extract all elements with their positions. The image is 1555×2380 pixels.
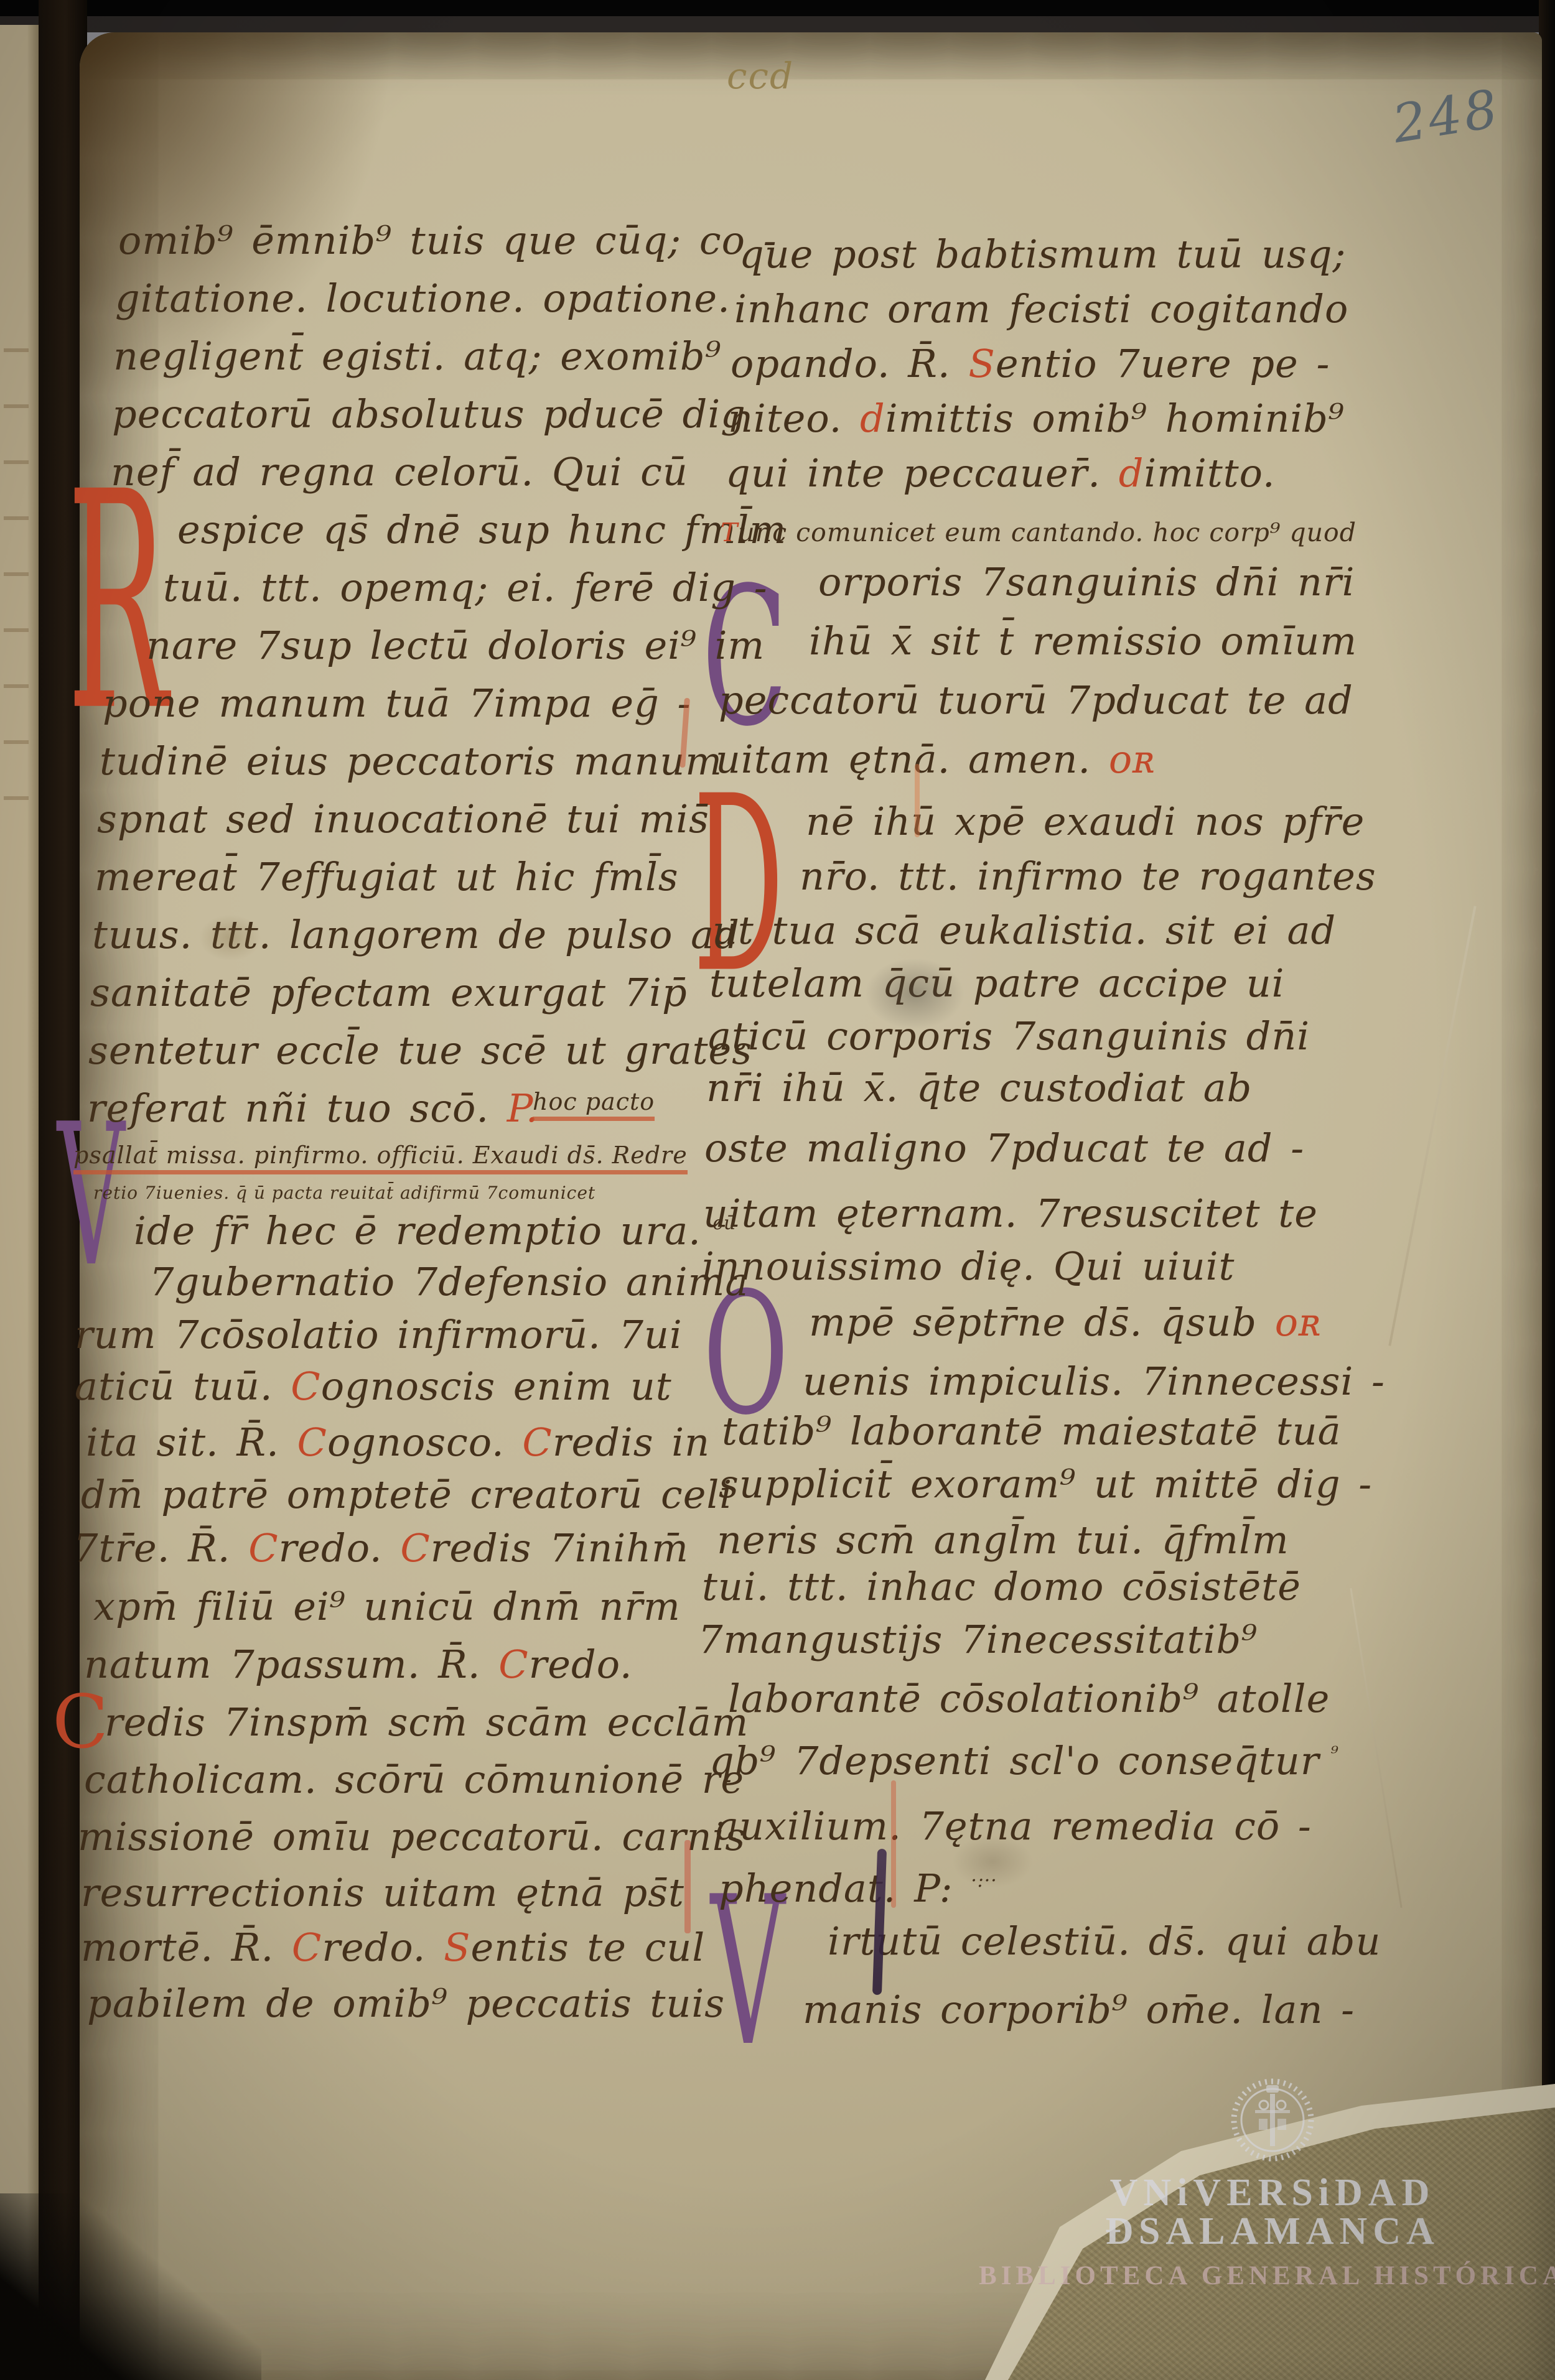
text-line: nare 7sup lectū doloris ei⁹ im (146, 626, 765, 665)
text-segment: retio 7iuenies. q̄ ū pacta reuitat̄ adif… (93, 1183, 595, 1203)
text-line: auxilium. 7ętna remedia cō - (716, 1807, 1312, 1846)
text-segment: 7gubernatio 7defensio anima (149, 1259, 749, 1304)
text-line: catholicam. scōrū cōmunionē re (84, 1760, 744, 1799)
text-segment: psallat̄ missa. pinfirmo. officiū. Exaud… (73, 1141, 688, 1169)
text-line: tuus. ttt. langorem de pulso ad (92, 916, 740, 954)
text-segment: laborantē cōsolationib⁹ atolle (728, 1676, 1330, 1721)
text-line: sanitatē pfectam exurgat 7ip̄ (90, 974, 688, 1012)
text-line: 7tr̄e. R̄. Credo. Credis 7inihm̄ (73, 1529, 689, 1568)
text-line: aticū tuū. Cognoscis enim ut (75, 1367, 672, 1406)
text-line: manis corporib⁹ om̄e. lan - (803, 1991, 1355, 2029)
text-segment: uitam ęternam. 7resuscitet te (703, 1191, 1318, 1236)
text-line: inhanc oram fecisti cogitando (734, 290, 1348, 328)
text-segment: tui. ttt. inhac domo cōsistētē (702, 1564, 1301, 1609)
text-segment: S (444, 1925, 470, 1970)
text-segment: auxilium. 7ętna remedia cō - (716, 1803, 1312, 1849)
text-segment: imitto. (1144, 450, 1275, 496)
text-line: peccatorū absolutus pducē dig (112, 395, 746, 434)
text-segment: nē ihū xpē exaudi nos pfr̄e (806, 799, 1365, 844)
text-segment: nare 7sup lectū doloris ei⁹ im (146, 623, 765, 668)
text-line: tatib⁹ laborantē maiestatē tuā (722, 1412, 1342, 1451)
text-line: ihū x̄ sit t̄ remissio omīum (809, 622, 1357, 661)
text-segment: d (1119, 450, 1144, 496)
text-segment: ihū x̄ sit t̄ remissio omīum (809, 618, 1357, 664)
text-segment: dm̄ patrē omptetē creatorū celi (81, 1472, 732, 1517)
text-segment: nr̄i ihū x̄. q̄te custodiat ab (706, 1065, 1252, 1110)
text-line: hoc pacto (533, 1090, 655, 1121)
text-segment: 7mangustijs 7inecessitatib⁹ (698, 1617, 1258, 1662)
text-segment: mereat̄ 7effugiat ut hic fml̄s (95, 854, 679, 899)
text-segment: ognosco. (327, 1420, 522, 1465)
text-segment: C (292, 1925, 322, 1970)
text-segment: imittis omib⁹ hominib⁹ (885, 396, 1345, 441)
text-line: mpē sēptr̄ne ds̄. q̄sub oʀ (809, 1303, 1322, 1342)
text-line: tui. ttt. inhac domo cōsistētē (702, 1568, 1301, 1606)
text-segment: uenis impiculis. 7innecessi - (803, 1359, 1385, 1404)
text-segment: redis 7inihm̄ (431, 1525, 689, 1571)
text-line: neris scm̄ angl̄m tui. q̄fml̄m (717, 1521, 1289, 1560)
text-segment: tuū. ttt. opemq; ei. ferē dig - (163, 565, 768, 610)
text-line: innouissimo dię. Qui uiuit (702, 1247, 1235, 1286)
text-segment: C (400, 1525, 430, 1571)
text-segment: neris scm̄ angl̄m tui. q̄fml̄m (717, 1517, 1289, 1563)
text-segment: sentetur eccl̄e tue scē ut grates (88, 1028, 752, 1073)
text-line: aticū corporis 7sanguinis dn̄i (708, 1017, 1310, 1056)
text-segment: natum 7passum. R̄. (84, 1642, 498, 1687)
text-line: negligent̄ egisti. atq; exomib⁹ (113, 337, 721, 376)
text-segment: tuus. ttt. langorem de pulso ad (92, 912, 740, 957)
text-line: niteo. dimittis omib⁹ hominib⁹ (728, 399, 1345, 438)
text-segment: innouissimo dię. Qui uiuit (702, 1243, 1235, 1289)
text-line: 7mangustijs 7inecessitatib⁹ (698, 1620, 1258, 1659)
text-segment: redo. (322, 1925, 444, 1970)
text-segment: uitam ętnā. amen. (716, 737, 1109, 782)
text-segment: pone manum tuā 7impa eḡ - (103, 681, 691, 726)
text-line: uitam ętnā. amen. oʀ (716, 740, 1156, 779)
text-segment: mpē sēptr̄ne ds̄. q̄sub (809, 1299, 1275, 1345)
text-segment: missionē omīu peccatorū. carnis (78, 1814, 745, 1859)
text-line: sentetur eccl̄e tue scē ut grates (88, 1031, 752, 1070)
text-line: 7gubernatio 7defensio anima (149, 1263, 749, 1301)
text-segment: aticū tuū. (75, 1364, 291, 1409)
text-line: que post babtismum tuū usq; (739, 235, 1346, 274)
text-line: pabilem de omib⁹ peccatis tuis (87, 1984, 725, 2023)
text-segment: C (291, 1364, 320, 1409)
text-line: oste maligno 7pducat te ad - (704, 1129, 1304, 1168)
text-segment: orporis 7sanguinis dn̄i nr̄i (818, 559, 1355, 605)
text-segment: C (498, 1642, 528, 1687)
text-segment: redis 7inspm̄ scm̄ scām ecclām (105, 1699, 749, 1745)
text-segment: pabilem de omib⁹ peccatis tuis (87, 1981, 725, 2026)
text-segment: nr̄o. ttt. infirmo te rogantes (800, 853, 1376, 899)
text-line: nr̄o. ttt. infirmo te rogantes (800, 857, 1376, 896)
text-segment: qui inte peccauer̄. (726, 450, 1119, 496)
text-segment: negligent̄ egisti. atq; exomib⁹ (113, 333, 721, 379)
text-segment: 7tr̄e. R̄. (73, 1525, 248, 1571)
text-line: nr̄i ihū x̄. q̄te custodiat ab (706, 1069, 1252, 1107)
text-segment: C (297, 1420, 327, 1465)
text-segment: tudinē eius peccatoris manum (100, 738, 722, 784)
text-line: missionē omīu peccatorū. carnis (78, 1818, 745, 1856)
text-line: retio 7iuenies. q̄ ū pacta reuitat̄ adif… (93, 1184, 595, 1202)
text-segment: referat nñi tuo scō. (87, 1085, 507, 1131)
text-line: tuū. ttt. opemq; ei. ferē dig - (163, 569, 768, 607)
text-segment: spnat sed inuocationē tui mis̄ (97, 796, 709, 842)
text-segment: aticū corporis 7sanguinis dn̄i (708, 1013, 1310, 1059)
text-line: orporis 7sanguinis dn̄i nr̄i (818, 563, 1355, 602)
text-line: gitatione. locutione. opatione. (115, 279, 731, 318)
text-segment: T (721, 518, 738, 547)
text-line: espice qs̄ dnē sup hunc fml̄m (177, 511, 787, 549)
text-line: dm̄ patrē omptetē creatorū celi (81, 1476, 732, 1514)
text-segment: niteo. (728, 396, 860, 441)
text-line: uenis impiculis. 7innecessi - (803, 1362, 1385, 1401)
text-segment: ⁹ (1319, 1742, 1338, 1764)
text-line: omib⁹ ēmnib⁹ tuis que cūq; co - (118, 221, 777, 260)
text-line: nē ihū xpē exaudi nos pfr̄e (806, 802, 1365, 841)
text-line: uitam ęternam. 7resuscitet te (703, 1194, 1318, 1233)
facing-page-text-remnants (4, 348, 29, 846)
bottom-shadow (0, 2193, 261, 2380)
text-segment: supplicit̄ exoram⁹ ut mittē dig - (719, 1461, 1372, 1507)
text-segment: xpm̄ filiū ei⁹ unicū dnm̄ nr̄m (93, 1584, 681, 1629)
text-segment: manis corporib⁹ om̄e. lan - (803, 1987, 1355, 2032)
text-line: natum 7passum. R̄. Credo. (84, 1645, 633, 1684)
text-segment: mortē. R̄. (81, 1925, 292, 1970)
text-line: mortē. R̄. Credo. Sentis te cul (81, 1928, 705, 1967)
text-line: supplicit̄ exoram⁹ ut mittē dig - (719, 1465, 1372, 1504)
text-segment: oʀ (1109, 737, 1156, 782)
text-segment: ·:·· (971, 1870, 997, 1892)
text-segment: omib⁹ ēmnib⁹ tuis que cūq; co - (118, 218, 777, 263)
text-segment: d (860, 396, 885, 441)
text-segment: que post babtismum tuū usq; (739, 231, 1346, 277)
text-line: irtutū celestiū. ds̄. qui abu (828, 1922, 1381, 1961)
text-line: opando. R̄. Sentio 7uere pe - (731, 345, 1330, 383)
text-segment: rum 7cōsolatio infirmorū. 7ui (75, 1312, 683, 1357)
text-line: mereat̄ 7effugiat ut hic fml̄s (95, 858, 679, 896)
text-line: rum 7cōsolatio infirmorū. 7ui (75, 1316, 683, 1354)
text-segment: irtutū celestiū. ds̄. qui abu (828, 1918, 1381, 1964)
text-line: phendat. P: ·:·· (719, 1869, 997, 1908)
text-line: redis 7inspm̄ scm̄ scām ecclām (105, 1703, 749, 1742)
text-line: pone manum tuā 7impa eḡ - (103, 684, 691, 723)
text-line: qui inte peccauer̄. dimitto. (726, 454, 1276, 493)
text-segment: espice qs̄ dnē sup hunc fml̄m (177, 507, 787, 552)
text-line: laborantē cōsolationib⁹ atolle (728, 1680, 1330, 1718)
text-segment: inhanc oram fecisti cogitando (734, 286, 1348, 332)
text-segment: peccatorū tuorū 7pducat te ad (719, 677, 1353, 723)
text-line: nef̄ ad regna celorū. Qui cū (111, 453, 688, 491)
manuscript-photo: ccd 248 R V C C D O V omib⁹ ēmnib⁹ tuis … (0, 0, 1555, 2380)
text-segment: tutelam q̄cū patre accipe ui (709, 960, 1285, 1006)
text-segment: C (248, 1525, 278, 1571)
text-line: resurrectionis uitam ętnā ps̄t (81, 1874, 684, 1912)
text-segment: qb⁹ 7depsenti scl'o conseq̄tur (709, 1738, 1319, 1783)
text-line: Tunc comunicet eum cantando. hoc corp⁹ q… (721, 520, 1357, 546)
text-segment: redo. (279, 1525, 401, 1571)
text-segment: oʀ (1275, 1299, 1322, 1345)
text-line: psallat̄ missa. pinfirmo. officiū. Exaud… (73, 1143, 688, 1174)
text-segment: C (522, 1420, 552, 1465)
text-segment: opando. R̄. (731, 341, 968, 386)
text-segment: redo. (529, 1642, 633, 1687)
text-segment: ognoscis enim ut (321, 1364, 672, 1409)
text-segment: unc comunicet eum cantando. hoc corp⁹ qu… (738, 518, 1357, 547)
text-line: qb⁹ 7depsenti scl'o conseq̄tur ⁹ (709, 1742, 1339, 1780)
text-line: tutelam q̄cū patre accipe ui (709, 964, 1285, 1003)
text-segment: entis te cul (471, 1925, 706, 1970)
text-line: ut tua scā eukalistia. sit ei ad (712, 911, 1336, 950)
text-segment: redis in (553, 1420, 710, 1465)
text-segment: phendat. P: (719, 1866, 971, 1911)
text-segment: ut tua scā eukalistia. sit ei ad (712, 908, 1336, 953)
text-segment: resurrectionis uitam ętnā ps̄t (81, 1870, 684, 1915)
text-line: xpm̄ filiū ei⁹ unicū dnm̄ nr̄m (93, 1587, 681, 1626)
text-segment: S (968, 341, 995, 386)
text-segment: gitatione. locutione. opatione. (115, 276, 731, 321)
text-segment: ide fr̄ hec ē redemptio ura. (134, 1208, 701, 1253)
folio-mark: ccd (727, 55, 794, 97)
text-segment: nef̄ ad regna celorū. Qui cū (111, 449, 688, 495)
text-segment: oste maligno 7pducat te ad - (704, 1125, 1304, 1171)
text-segment: catholicam. scōrū cōmunionē re (84, 1757, 744, 1802)
text-line: peccatorū tuorū 7pducat te ad (719, 681, 1353, 720)
text-line: tudinē eius peccatoris manum (100, 742, 722, 781)
text-segment: tatib⁹ laborantē maiestatē tuā (722, 1408, 1342, 1454)
text-segment: entio 7uere pe - (996, 341, 1330, 386)
text-line: ide fr̄ hec ē redemptio ura. cū (134, 1212, 736, 1250)
text-segment: sanitatē pfectam exurgat 7ip̄ (90, 970, 688, 1015)
text-line: ita sit. R̄. Cognosco. Credis in (86, 1423, 710, 1462)
text-line: spnat sed inuocationē tui mis̄ (97, 800, 709, 839)
text-segment: hoc pacto (533, 1088, 655, 1115)
text-line: referat nñi tuo scō. P. (87, 1089, 539, 1128)
text-segment: ita sit. R̄. (86, 1420, 297, 1465)
text-segment: peccatorū absolutus pducē dig (112, 391, 746, 437)
